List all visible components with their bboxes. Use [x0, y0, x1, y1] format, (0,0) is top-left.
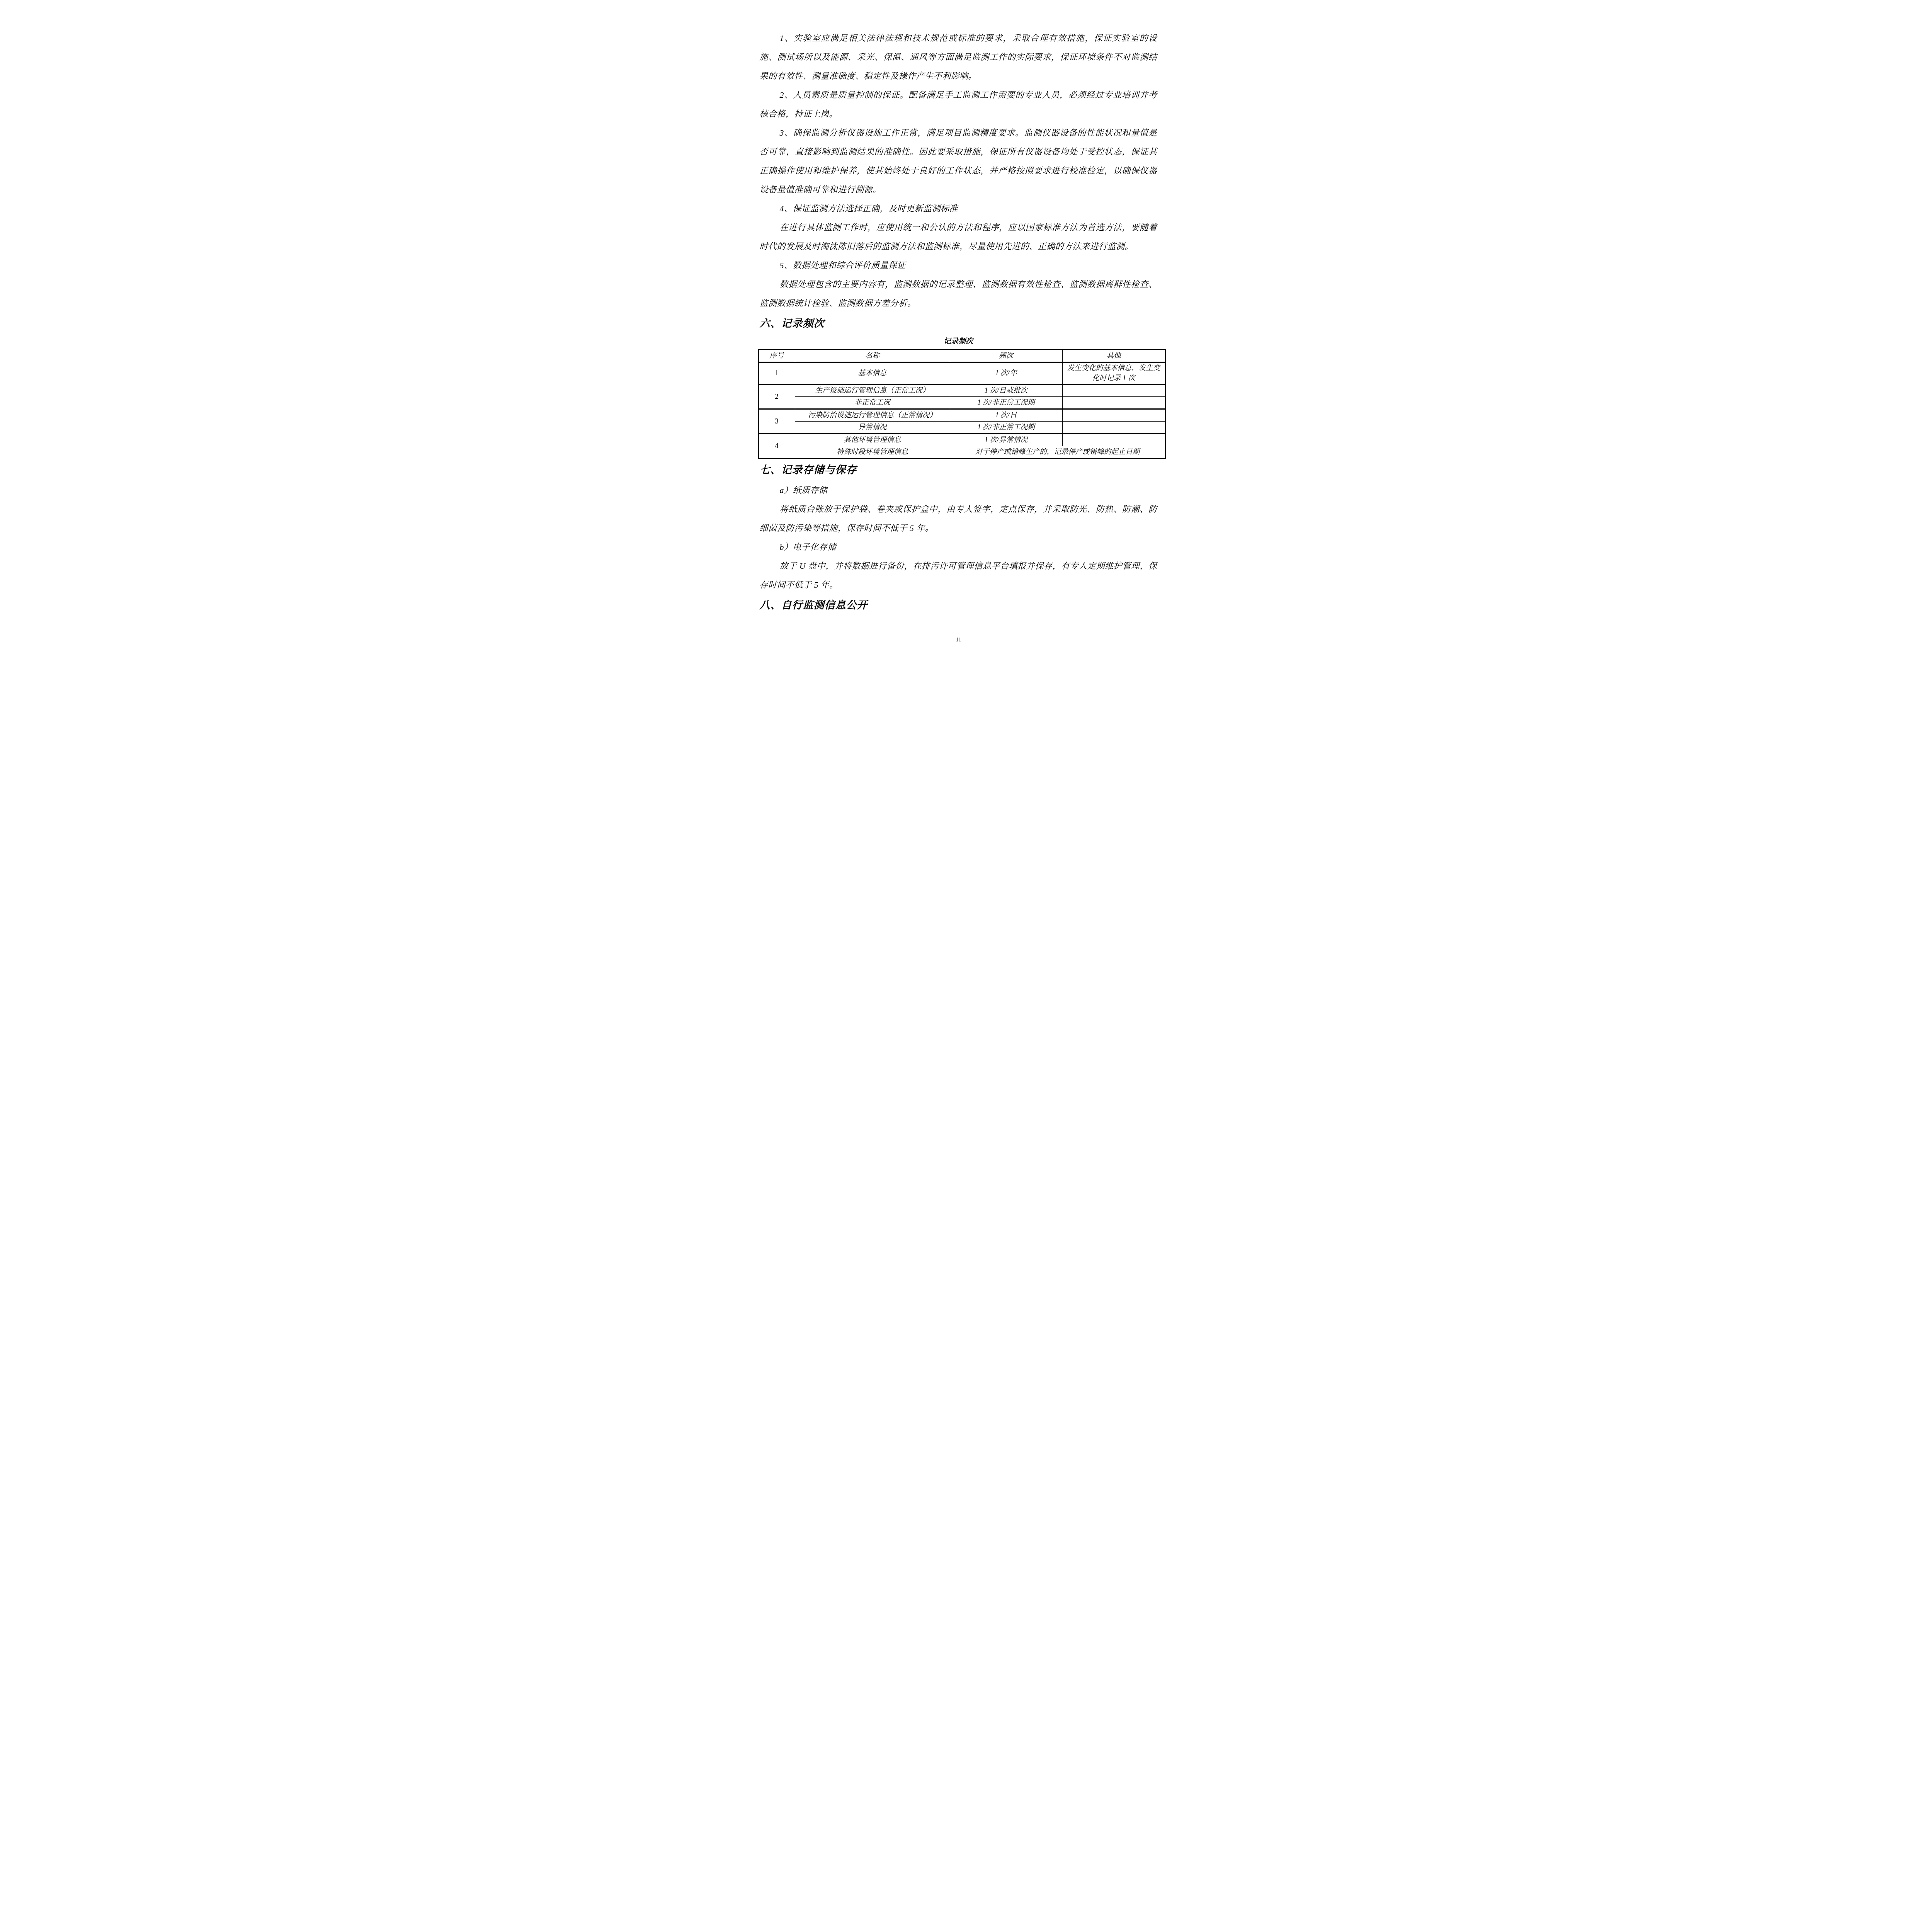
table-cell-no: 3 [758, 409, 795, 434]
table-cell-freq: 1 次/异常情况 [950, 434, 1062, 446]
section-heading-record-storage: 七、记录存储与保存 [760, 459, 1157, 481]
table-row-pollution-control-abnormal: 异常情况 1 次/非正常工况期 [758, 422, 1165, 434]
paragraph-electronic-storage-title: b）电子化存储 [760, 537, 1157, 556]
table-row-production-normal: 2 生产设施运行管理信息（正常工况） 1 次/日或批次 [758, 384, 1165, 397]
record-frequency-table: 序号 名称 频次 其他 1 基本信息 1 次/年 发生变化的基本信息，发生变化时… [758, 349, 1166, 459]
table-cell-other [1062, 434, 1165, 446]
paragraph-method-selection: 4、保证监测方法选择正确，及时更新监测标准 [760, 199, 1157, 218]
table-cell-name: 非正常工况 [795, 397, 950, 409]
table-header-other: 其他 [1062, 350, 1165, 362]
table-cell-freq: 1 次/非正常工况期 [950, 397, 1062, 409]
table-cell-other [1062, 422, 1165, 434]
table-cell-freq-other-merged: 对于停产或错峰生产的，记录停产或错峰的起止日期 [950, 446, 1165, 459]
table-cell-other [1062, 409, 1165, 422]
page-content: 1、实验室应满足相关法律法规和技术规范或标准的要求，采取合理有效措施，保证实验室… [719, 0, 1198, 616]
table-cell-no: 2 [758, 384, 795, 409]
table-cell-name: 特殊时段环境管理信息 [795, 446, 950, 459]
table-cell-name: 生产设施运行管理信息（正常工况） [795, 384, 950, 397]
table-row-other-env-info: 4 其他环境管理信息 1 次/异常情况 [758, 434, 1165, 446]
table-cell-name: 污染防治设施运行管理信息（正常情况） [795, 409, 950, 422]
paragraph-instrument-assurance: 3、确保监测分析仪器设施工作正常，满足项目监测精度要求。监测仪器设备的性能状况和… [760, 123, 1157, 199]
table-cell-name: 异常情况 [795, 422, 950, 434]
paragraph-lab-requirements: 1、实验室应满足相关法律法规和技术规范或标准的要求，采取合理有效措施，保证实验室… [760, 29, 1157, 85]
table-cell-freq: 1 次/日或批次 [950, 384, 1062, 397]
paragraph-data-processing-title: 5、数据处理和综合评价质量保证 [760, 256, 1157, 275]
table-cell-other [1062, 384, 1165, 397]
paragraph-electronic-storage-detail: 放于 U 盘中，并将数据进行备份，在排污许可管理信息平台填报并保存，有专人定期维… [760, 556, 1157, 594]
table-cell-freq: 1 次/年 [950, 362, 1062, 384]
table-header-name: 名称 [795, 350, 950, 362]
table-cell-other [1062, 397, 1165, 409]
table-cell-name: 基本信息 [795, 362, 950, 384]
table-cell-other: 发生变化的基本信息，发生变化时记录 1 次 [1062, 362, 1165, 384]
table-cell-freq: 1 次/日 [950, 409, 1062, 422]
page-number: 11 [719, 637, 1198, 643]
section-heading-record-frequency: 六、记录频次 [760, 313, 1157, 334]
table-row-production-abnormal: 非正常工况 1 次/非正常工况期 [758, 397, 1165, 409]
table-cell-no: 4 [758, 434, 795, 459]
table-row-basic-info: 1 基本信息 1 次/年 发生变化的基本信息，发生变化时记录 1 次 [758, 362, 1165, 384]
paragraph-paper-storage-title: a）纸质存储 [760, 481, 1157, 500]
table-row-pollution-control-normal: 3 污染防治设施运行管理信息（正常情况） 1 次/日 [758, 409, 1165, 422]
table-row-special-period: 特殊时段环境管理信息 对于停产或错峰生产的，记录停产或错峰的起止日期 [758, 446, 1165, 459]
table-header-row: 序号 名称 频次 其他 [758, 350, 1165, 362]
table-cell-freq: 1 次/非正常工况期 [950, 422, 1062, 434]
table-header-no: 序号 [758, 350, 795, 362]
table-caption: 记录频次 [760, 336, 1157, 347]
document-page: 1、实验室应满足相关法律法规和技术规范或标准的要求，采取合理有效措施，保证实验室… [719, 0, 1198, 678]
paragraph-method-detail: 在进行具体监测工作时，应使用统一和公认的方法和程序，应以国家标准方法为首选方法，… [760, 218, 1157, 256]
paragraph-personnel-quality: 2、人员素质是质量控制的保证。配备满足手工监测工作需要的专业人员，必须经过专业培… [760, 85, 1157, 123]
table-cell-no: 1 [758, 362, 795, 384]
table-header-freq: 频次 [950, 350, 1062, 362]
paragraph-data-processing-detail: 数据处理包含的主要内容有，监测数据的记录整理、监测数据有效性检查、监测数据离群性… [760, 275, 1157, 313]
section-heading-self-monitoring-disclosure: 八、自行监测信息公开 [760, 594, 1157, 616]
paragraph-paper-storage-detail: 将纸质台账放于保护袋、卷夹或保护盒中，由专人签字，定点保存，并采取防光、防热、防… [760, 500, 1157, 537]
table-cell-name: 其他环境管理信息 [795, 434, 950, 446]
